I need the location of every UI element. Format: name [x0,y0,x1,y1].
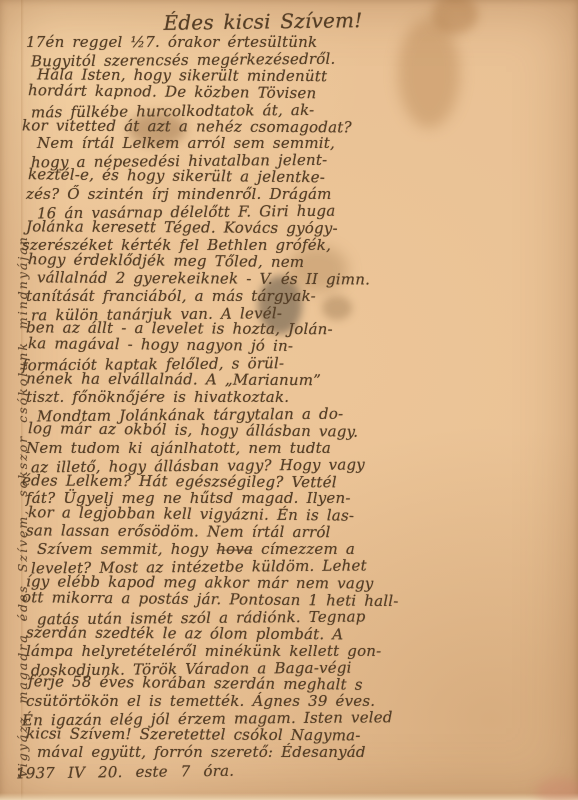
letter-line: kicsi Szívem! Szeretettel csókol Nagyma- [26,725,570,745]
letter-line: nének ha elvállalnád. A „Marianum” [26,370,570,390]
letter-line: szerdán szedték le az ólom plombát. A [26,624,570,644]
letter-lines: 17én reggel ½7. órakor értesültünkBugyit… [26,34,570,761]
letter-line: san lassan erősödöm. Nem írtál arról [26,523,570,543]
letter-line: kor vitetted át azt a nehéz csomagodat? [22,117,570,137]
smudge-bottom-right [536,778,578,800]
letter-line: lámpa helyretételéről minékünk kellett g… [26,643,570,660]
letter-body: Édes kicsi Szívem! 17én reggel ½7. órako… [0,0,578,779]
letter-line: Nem tudom ki ajánlhatott, nem tudta [26,440,570,457]
letter-salutation: Édes kicsi Szívem! [26,4,570,38]
letter-line: Jolánka keresett Téged. Kovács gyógy- [26,218,570,238]
paper-edge [0,793,578,800]
letter-paper: Vigyázz magadra édes Szívem, sokszor csó… [0,0,578,800]
letter-date-line: 1937 IV 20. este 7 óra. [16,758,570,783]
letter-line: édes Lelkem? Hát egészségileg? Vettél [22,472,570,492]
letter-line: tanítását franciából, a más tárgyak- [26,288,570,305]
letter-line: vállalnád 2 gyerekeiknek - V. és II gimn… [37,269,570,289]
